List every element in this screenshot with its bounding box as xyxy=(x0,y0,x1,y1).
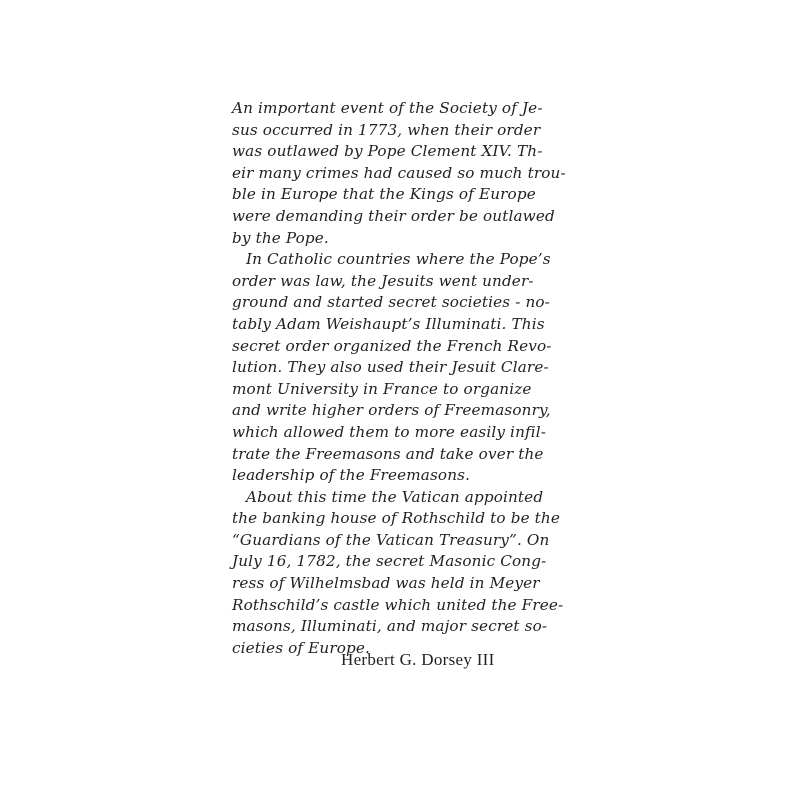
text-line: by the Pope. xyxy=(232,228,530,250)
text-line: mont University in France to organize xyxy=(232,379,530,401)
text-line: tably Adam Weishaupt’s Illuminati. This xyxy=(232,314,530,336)
text-line: order was law, the Jesuits went under- xyxy=(232,271,530,293)
text-line: ress of Wilhelmsbad was held in Meyer xyxy=(232,573,530,595)
text-line: July 16, 1782, the secret Masonic Cong- xyxy=(232,551,530,573)
text-line: secret order organized the French Revo- xyxy=(232,336,530,358)
text-line: ground and started secret societies - no… xyxy=(232,292,530,314)
text-line: Rothschild’s castle which united the Fre… xyxy=(232,595,530,617)
author-signature: Herbert G. Dorsey III xyxy=(341,650,495,670)
text-line: and write higher orders of Freemasonry, xyxy=(232,400,530,422)
text-line: lution. They also used their Jesuit Clar… xyxy=(232,357,530,379)
text-line: the banking house of Rothschild to be th… xyxy=(232,508,530,530)
text-line: In Catholic countries where the Pope’s xyxy=(232,249,530,271)
text-line: eir many crimes had caused so much trou- xyxy=(232,163,530,185)
text-line: An important event of the Society of Je- xyxy=(232,98,530,120)
text-line: ble in Europe that the Kings of Europe xyxy=(232,184,530,206)
text-line: About this time the Vatican appointed xyxy=(232,487,530,509)
text-line: were demanding their order be outlawed xyxy=(232,206,530,228)
text-line: was outlawed by Pope Clement XIV. Th- xyxy=(232,141,530,163)
text-line: “Guardians of the Vatican Treasury”. On xyxy=(232,530,530,552)
text-line: trate the Freemasons and take over the xyxy=(232,444,530,466)
document-page: An important event of the Society of Je-… xyxy=(0,0,800,800)
text-line: masons, Illuminati, and major secret so- xyxy=(232,616,530,638)
text-line: sus occurred in 1773, when their order xyxy=(232,120,530,142)
body-text: An important event of the Society of Je-… xyxy=(232,98,530,659)
text-line: which allowed them to more easily infil- xyxy=(232,422,530,444)
text-line: leadership of the Freemasons. xyxy=(232,465,530,487)
